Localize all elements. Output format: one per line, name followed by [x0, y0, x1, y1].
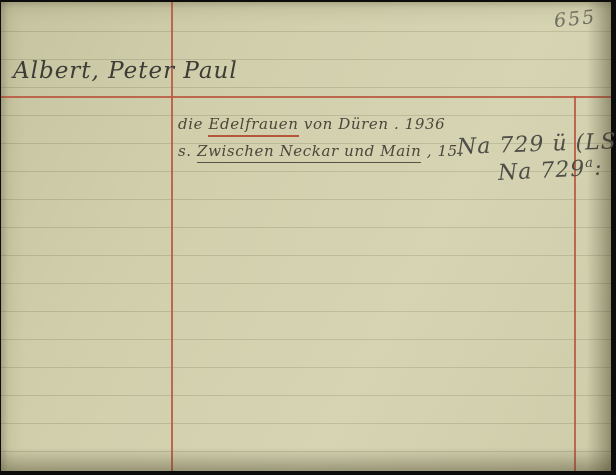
shelfmark-alt-punctuation: : — [594, 156, 604, 181]
reference-title-underlined: Zwischen Neckar und Main — [197, 142, 421, 163]
title-word-red-underline: Edelfrauen — [208, 115, 298, 137]
author-heading: Albert, Peter Paul — [13, 58, 238, 84]
red-horizontal-rule — [1, 96, 611, 98]
shelfmark-alt-base: Na 729 — [497, 157, 586, 187]
page-number: 655 — [553, 6, 597, 32]
scanned-catalog-card-image: 655 Albert, Peter Paul die Edelfrauen vo… — [0, 0, 616, 475]
title-prefix: die — [178, 115, 208, 133]
title-rest: von Düren . 1936 — [299, 115, 446, 133]
shelfmark-alternate: Na 729a: — [497, 155, 603, 186]
entry-reference-line: s. Zwischen Neckar und Main , 15. — [178, 142, 463, 160]
index-card: 655 Albert, Peter Paul die Edelfrauen vo… — [1, 2, 611, 471]
reference-prefix: s. — [178, 142, 197, 160]
entry-title-line: die Edelfrauen von Düren . 1936 — [178, 115, 445, 133]
